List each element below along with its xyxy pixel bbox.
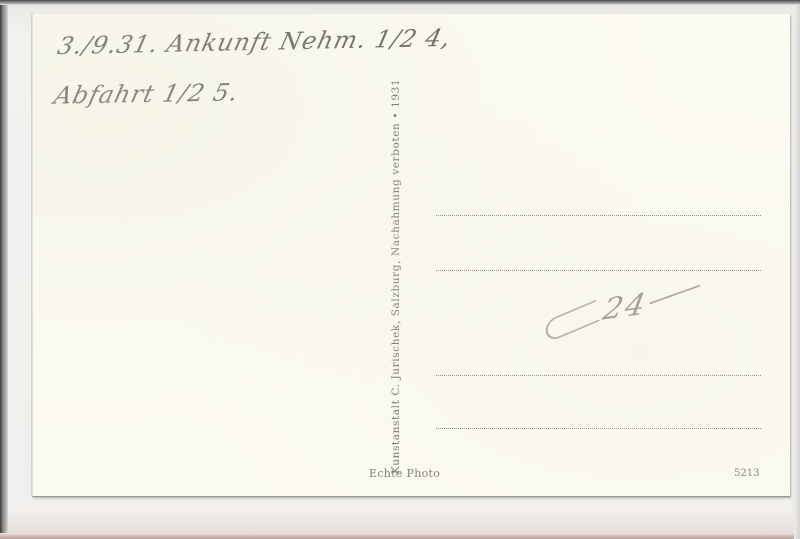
handwritten-mark: 24 [542,280,704,336]
handwritten-mark-number: 24 [600,287,650,328]
address-line-3 [436,375,761,376]
handwritten-note-line-2: Abfahrt 1/2 5. [51,78,242,109]
scan-background: 3./9.31. Ankunft Nehm. 1/2 4, Abfahrt 1/… [0,0,800,539]
scan-bottom-edge [0,533,800,539]
publisher-imprint: Kunstanstalt C. Jurischek, Salzburg, Nac… [385,54,407,474]
address-line-1 [436,215,761,216]
hook-stroke-icon [544,300,600,343]
scan-right-edge [794,0,800,539]
address-line-2 [436,270,761,271]
postcard-back: 3./9.31. Ankunft Nehm. 1/2 4, Abfahrt 1/… [32,14,790,496]
dash-stroke-icon [650,285,700,305]
photo-label: Echte Photo [369,467,440,480]
address-line-4 [436,428,761,429]
card-number: 5213 [734,468,759,479]
